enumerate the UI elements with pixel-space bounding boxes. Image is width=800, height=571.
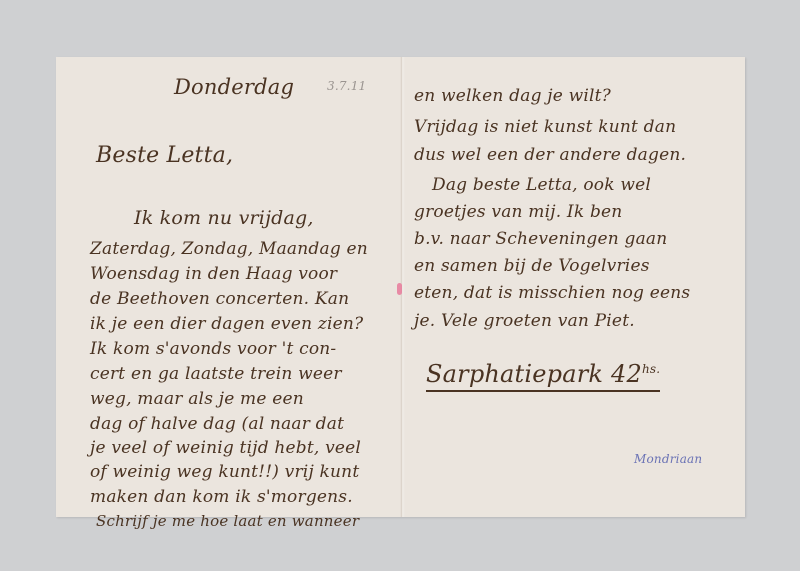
greeting: Beste Letta, [96,143,233,168]
body-line-8: weg, maar als je me een [90,389,304,409]
body-line-11: of weinig weg kunt!!) vrij kunt [90,462,359,482]
address-street: Sarphatiepark 42 [426,360,642,388]
body-line-3: Woensdag in den Haag voor [90,264,337,284]
letter-paper: Donderdag 3.7.11 Beste Letta, Ik kom nu … [56,57,745,517]
body-line-9: dag of halve dag (al naar dat [90,414,344,434]
body-line-10: je veel of weinig tijd hebt, veel [90,438,361,458]
body-line-13: Schrijf je me hoe laat en wanneer [96,512,359,530]
heading-day: Donderdag [174,75,294,99]
right-line-7: en samen bij de Vogelvries [414,256,650,276]
body-line-2: Zaterdag, Zondag, Maandag en [90,239,368,259]
body-line-4: de Beethoven concerten. Kan [90,289,349,309]
right-line-5: groetjes van mij. Ik ben [414,202,622,222]
right-line-8: eten, dat is misschien nog eens [414,283,690,303]
right-line-3: dus wel een der andere dagen. [414,145,686,165]
right-line-4: Dag beste Letta, ook wel [432,175,651,195]
return-address: Sarphatiepark 42hs. [426,360,660,392]
body-line-5: ik je een dier dagen even zien? [90,314,363,334]
pencil-date: 3.7.11 [327,79,366,93]
right-line-9: je. Vele groeten van Piet. [414,311,635,331]
address-suffix: hs. [642,362,660,376]
body-line-7: cert en ga laatste trein weer [90,364,342,384]
body-line-6: Ik kom s'avonds voor 't con- [90,339,336,359]
right-line-2: Vrijdag is niet kunst kunt dan [414,117,676,137]
body-line-12: maken dan kom ik s'morgens. [90,487,353,507]
right-line-6: b.v. naar Scheveningen gaan [414,229,667,249]
right-page: en welken dag je wilt? Vrijdag is niet k… [402,57,745,517]
right-line-1: en welken dag je wilt? [414,86,611,106]
left-page: Donderdag 3.7.11 Beste Letta, Ik kom nu … [56,57,402,517]
body-line-1: Ik kom nu vrijdag, [134,207,314,229]
archive-signature: Mondriaan [634,452,702,466]
